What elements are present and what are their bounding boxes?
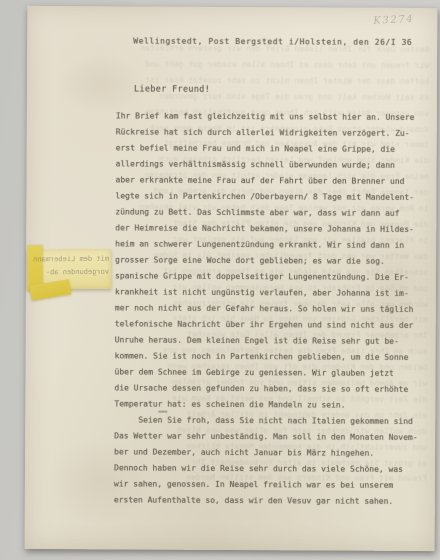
letter-line: krankheit ist nicht ungünstig verlaufen,… xyxy=(115,284,427,302)
letter-line: heim an schwerer Lungenentzündung erkran… xyxy=(115,236,427,254)
letter-line: grosser Sorge eine Woche dort geblieben;… xyxy=(115,252,427,270)
letter-line: erst befiel meine Frau und mich in Neape… xyxy=(116,140,428,158)
tape-repair: mit dem Liebermannvorgebunden ab- xyxy=(27,249,111,290)
tape-mirrored-text: mit dem Liebermannvorgebunden ab- xyxy=(41,253,109,280)
letter-line: ber und Dezember, auch nicht Januar bis … xyxy=(114,444,426,462)
letter-line: über dem Schnee im Gebirge zu geniessen.… xyxy=(114,364,426,382)
tape-text-line: vorgebunden ab- xyxy=(41,266,109,280)
letter-line: allerdings verhältnismässig schnell über… xyxy=(116,156,428,174)
letter-line: spanische Grippe mit doppelseitiger Lung… xyxy=(115,268,427,286)
letter-line: aber erkrankte meine Frau auf der Fahrt … xyxy=(115,172,427,190)
letter-line: legte sich in Partenkirchen /Oberbayern/… xyxy=(115,188,427,206)
letter-line: zündung zu Bett. Das Schlimmste aber war… xyxy=(115,204,427,222)
letter-line: Seien Sie froh, dass Sie nicht nach Ital… xyxy=(114,412,426,430)
bleedthrough-line: wir freuen uns sehr dass es Ihnen allen … xyxy=(42,56,429,74)
letter-paper: besten Dank für Ihren lieben Brief den w… xyxy=(25,6,438,551)
letter-line: kommen. Sie ist noch in Partenkirchen ge… xyxy=(115,348,427,366)
scanned-letter-page: besten Dank für Ihren lieben Brief den w… xyxy=(0,0,440,560)
letter-line: telefonische Nachricht über ihr Ergehen … xyxy=(115,316,427,334)
letter-line: wir sahen, genossen. In Neapel freilich … xyxy=(114,476,426,494)
letter-line: Rückreise hat sich durch allerlei Widrig… xyxy=(116,124,428,142)
letter-line: mer noch nicht aus der Gefahr heraus. So… xyxy=(115,300,427,318)
letter-dateline: Wellingstedt, Post Bergstedt i/Holstein,… xyxy=(133,36,412,46)
bleedthrough-line: es seit Wochen kalt und grau die Tage si… xyxy=(39,88,429,106)
letter-line: Unruhe heraus. Dem kleinen Engel ist die… xyxy=(115,332,427,350)
letter-line: Das Wetter war sehr unbeständig. Man sol… xyxy=(114,428,426,446)
letter-line: die Ursache dessen gefunden zu haben, da… xyxy=(114,380,426,398)
bleedthrough-line: hoffen dass der Winter Ihnen nicht zu se… xyxy=(49,72,429,90)
letter-line: der Heimreise die Nachricht bekamen, uns… xyxy=(115,220,427,238)
letter-body: Ihr Brief kam fast gleichzeitig mit uns … xyxy=(114,108,428,510)
letter-salutation: Lieber Freund! xyxy=(134,83,210,93)
archive-number-annotation: K3274 xyxy=(373,14,414,27)
tape-text-line: mit dem Liebermann xyxy=(41,253,109,267)
letter-line: ersten Aufenthalte so, dass wir den Vesu… xyxy=(114,492,426,510)
letter-line: Dennoch haben wir die Reise sehr durch d… xyxy=(114,460,426,478)
letter-line: Ihr Brief kam fast gleichzeitig mit uns … xyxy=(116,108,428,126)
stray-typewriter-mark xyxy=(158,411,167,413)
